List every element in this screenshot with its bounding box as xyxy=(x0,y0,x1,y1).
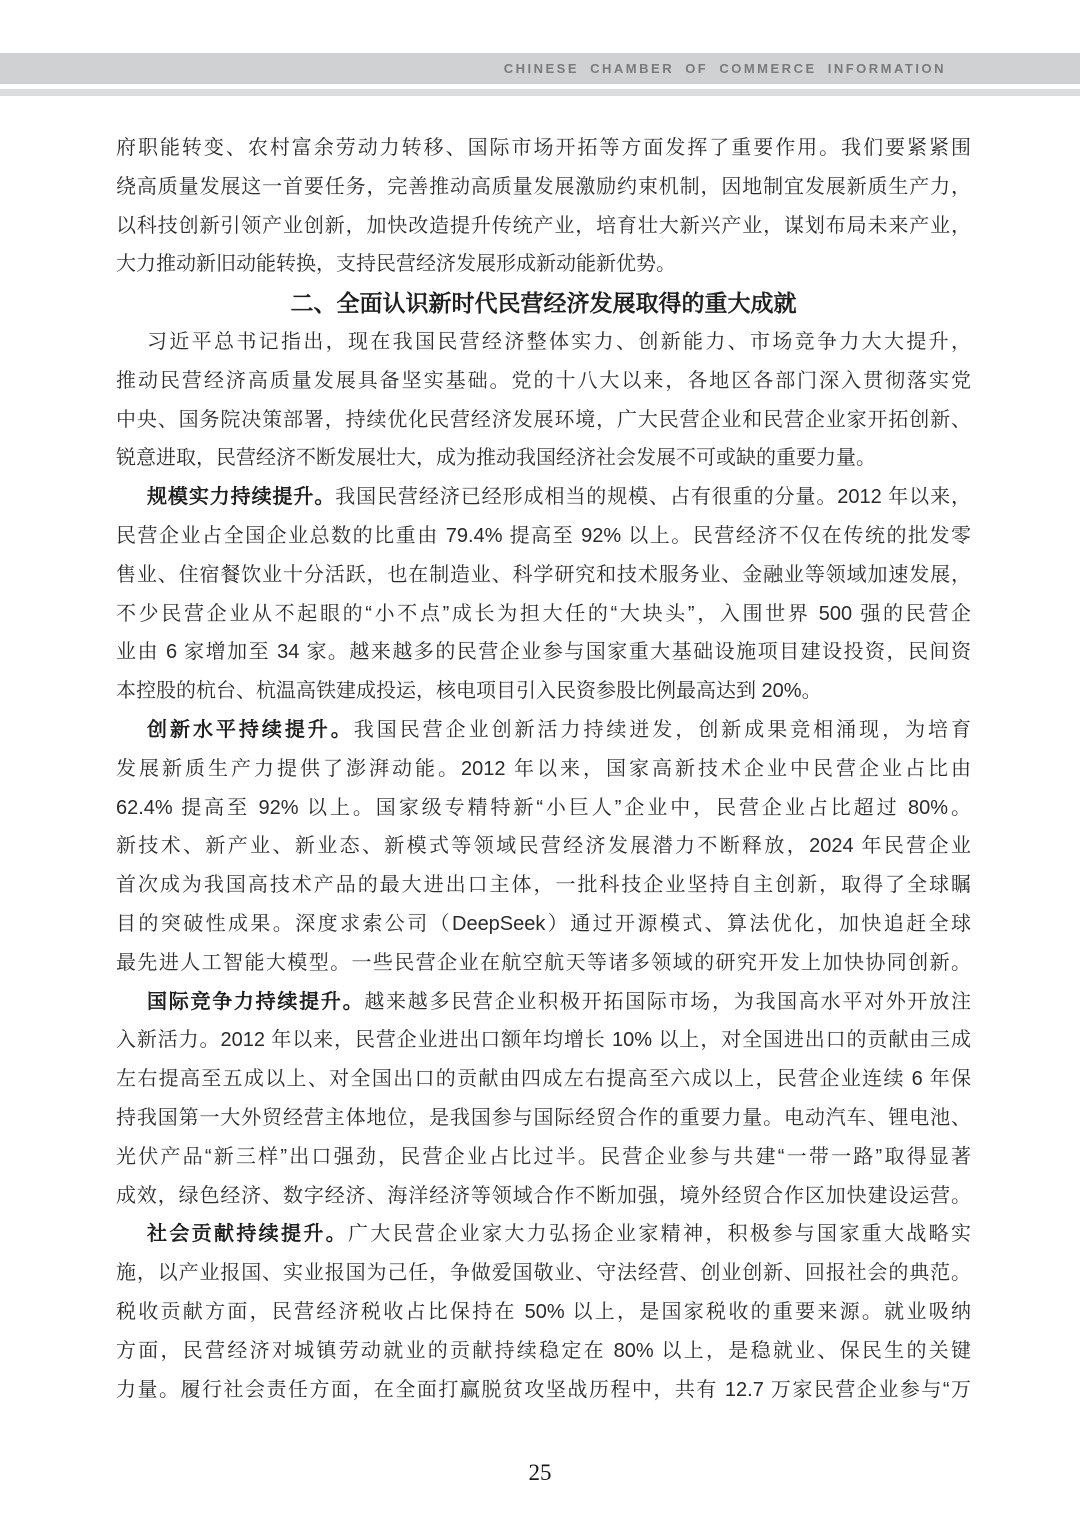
text-line: 62.4% 提高至 92% 以上。国家级专精特新“小巨人”企业中，民营企业占比超… xyxy=(116,789,971,828)
text-line: 光伏产品“新三样”出口强劲，民营企业占比过半。民营企业参与共建“一带一路”取得显… xyxy=(116,1138,971,1177)
text-line: 业由 6 家增加至 34 家。越来越多的民营企业参与国家重大基础设施项目建设投资… xyxy=(116,633,971,672)
text-line: 国际竞争力持续提升。越来越多民营企业积极开拓国际市场，为我国高水平对外开放注 xyxy=(116,983,971,1022)
page-number: 25 xyxy=(0,1458,1080,1488)
text-line: 力量。履行社会责任方面，在全面打赢脱贫攻坚战历程中，共有 12.7 万家民营企业… xyxy=(116,1371,971,1410)
text-line: 民营企业占全国企业总数的比重由 79.4% 提高至 92% 以上。民营经济不仅在… xyxy=(116,517,971,556)
paragraph-lead: 国际竞争力持续提升。 xyxy=(147,991,364,1013)
text-line: 规模实力持续提升。我国民营经济已经形成相当的规模、占有很重的分量。2012 年以… xyxy=(116,478,971,517)
header-banner-divider xyxy=(0,89,1080,96)
text-line: 成效，绿色经济、数字经济、海洋经济等领域合作不断加强，境外经贸合作区加快建设运营… xyxy=(116,1177,971,1216)
text-line: 方面，民营经济对城镇劳动就业的贡献持续稳定在 80% 以上，是稳就业、保民生的关… xyxy=(116,1332,971,1371)
text-line: 社会贡献持续提升。广大民营企业家大力弘扬企业家精神，积极参与国家重大战略实 xyxy=(116,1215,971,1254)
text-line: 推动民营经济高质量发展具备坚实基础。党的十八大以来，各地区各部门深入贯彻落实党 xyxy=(116,362,971,401)
text-line: 绕高质量发展这一首要任务，完善推动高质量发展激励约束机制，因地制宜发展新质生产力… xyxy=(116,168,971,207)
text-line: 新技术、新产业、新业态、新模式等领域民营经济发展潜力不断释放，2024 年民营企… xyxy=(116,827,971,866)
paragraph-lead: 社会贡献持续提升。 xyxy=(147,1223,348,1245)
text-line: 本控股的杭台、杭温高铁建成投运，核电项目引入民资参股比例最高达到 20%。 xyxy=(116,672,971,711)
header-banner-title: CHINESE CHAMBER OF COMMERCE INFORMATION xyxy=(0,53,1080,84)
text-line: 创新水平持续提升。我国民营企业创新活力持续迸发，创新成果竞相涌现，为培育 xyxy=(116,711,971,750)
text-line: 锐意进取，民营经济不断发展壮大，成为推动我国经济社会发展不可或缺的重要力量。 xyxy=(116,439,971,478)
text-line: 中央、国务院决策部署，持续优化民营经济发展环境，广大民营企业和民营企业家开拓创新… xyxy=(116,401,971,440)
text-line: 习近平总书记指出，现在我国民营经济整体实力、创新能力、市场竞争力大大提升， xyxy=(116,323,971,362)
text-line: 施，以产业报国、实业报国为己任，争做爱国敬业、守法经营、创业创新、回报社会的典范… xyxy=(116,1254,971,1293)
text-line: 发展新质生产力提供了澎湃动能。2012 年以来，国家高新技术企业中民营企业占比由 xyxy=(116,750,971,789)
text-line: 持我国第一大外贸经营主体地位，是我国参与国际经贸合作的重要力量。电动汽车、锂电池… xyxy=(116,1099,971,1138)
paragraph-lead: 规模实力持续提升。 xyxy=(147,486,335,508)
document-page: CHINESE CHAMBER OF COMMERCE INFORMATION … xyxy=(0,0,1080,1525)
text-line: 府职能转变、农村富余劳动力转移、国际市场开拓等方面发挥了重要作用。我们要紧紧围 xyxy=(116,129,971,168)
text-line: 入新活力。2012 年以来，民营企业进出口额年均增长 10% 以上，对全国进出口… xyxy=(116,1021,971,1060)
text-line: 税收贡献方面，民营经济税收占比保持在 50% 以上，是国家税收的重要来源。就业吸… xyxy=(116,1293,971,1332)
text-line: 以科技创新引领产业创新，加快改造提升传统产业，培育壮大新兴产业，谋划布局未来产业… xyxy=(116,207,971,246)
text-line: 目的突破性成果。深度求索公司（DeepSeek）通过开源模式、算法优化，加快追赶… xyxy=(116,905,971,944)
section-heading: 二、全面认识新时代民营经济发展取得的重大成就 xyxy=(116,284,971,323)
text-line: 不少民营企业从不起眼的“小不点”成长为担大任的“大块头”，入围世界 500 强的… xyxy=(116,595,971,634)
text-line: 大力推动新旧动能转换，支持民营经济发展形成新动能新优势。 xyxy=(116,245,971,284)
text-line: 首次成为我国高技术产品的最大进出口主体，一批科技企业坚持自主创新，取得了全球瞩 xyxy=(116,866,971,905)
text-line: 最先进人工智能大模型。一些民营企业在航空航天等诸多领域的研究开发上加快协同创新。 xyxy=(116,944,971,983)
text-line: 左右提高至五成以上、对全国出口的贡献由四成左右提高至六成以上，民营企业连续 6 … xyxy=(116,1060,971,1099)
paragraph-lead: 创新水平持续提升。 xyxy=(147,719,354,741)
text-line: 售业、住宿餐饮业十分活跃，也在制造业、科学研究和技术服务业、金融业等领域加速发展… xyxy=(116,556,971,595)
header-banner: CHINESE CHAMBER OF COMMERCE INFORMATION xyxy=(0,53,1080,84)
document-body: 府职能转变、农村富余劳动力转移、国际市场开拓等方面发挥了重要作用。我们要紧紧围绕… xyxy=(116,129,971,1409)
